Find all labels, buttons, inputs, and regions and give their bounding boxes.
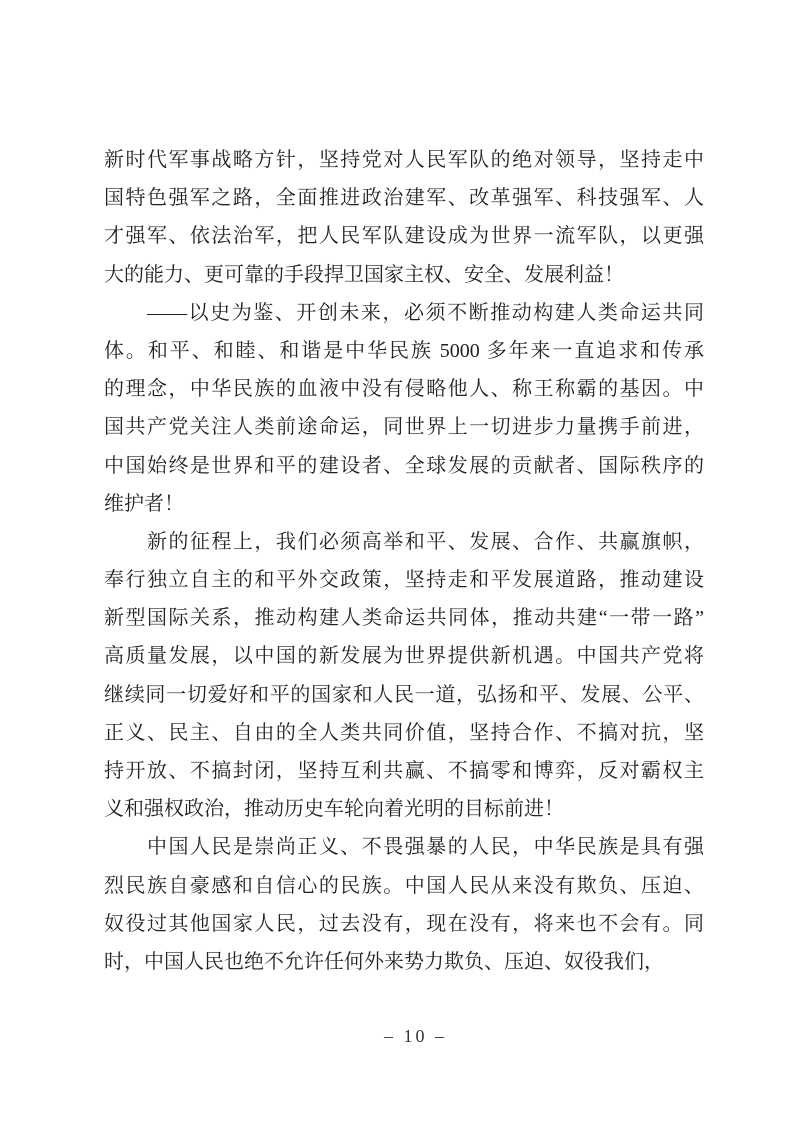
- document-page: 新时代军事战略方针，坚持党对人民军队的绝对领导，坚持走中 国特色强军之路，全面推…: [0, 0, 793, 1122]
- text-line: 高质量发展，以中国的新发展为世界提供新机遇。中国共产党将: [104, 637, 704, 675]
- text-line: ——以史为鉴、开创未来，必须不断推动构建人类命运共同: [104, 294, 704, 332]
- text-line: 奴役过其他国家人民，过去没有，现在没有，将来也不会有。同: [104, 905, 704, 943]
- text-line: 义和强权政治，推动历史车轮向着光明的目标前进！: [104, 790, 704, 828]
- paragraph: ——以史为鉴、开创未来，必须不断推动构建人类命运共同 体。和平、和睦、和谐是中华…: [104, 294, 704, 523]
- text-line: 新型国际关系，推动构建人类命运共同体，推动共建“一带一路”: [104, 599, 704, 637]
- paragraph: 中国人民是崇尚正义、不畏强暴的人民，中华民族是具有强 烈民族自豪感和自信心的民族…: [104, 828, 704, 981]
- text-line: 国共产党关注人类前途命运，同世界上一切进步力量携手前进，: [104, 408, 704, 446]
- text-line: 中国始终是世界和平的建设者、全球发展的贡献者、国际秩序的: [104, 447, 704, 485]
- text-line: 奉行独立自主的和平外交政策，坚持走和平发展道路，推动建设: [104, 561, 704, 599]
- text-line: 时，中国人民也绝不允许任何外来势力欺负、压迫、奴役我们，: [104, 943, 704, 981]
- text-line: 新时代军事战略方针，坚持党对人民军队的绝对领导，坚持走中: [104, 141, 704, 179]
- text-line: 正义、民主、自由的全人类共同价值，坚持合作、不搞对抗，坚: [104, 714, 704, 752]
- body-text: 新时代军事战略方针，坚持党对人民军队的绝对领导，坚持走中 国特色强军之路，全面推…: [104, 141, 704, 981]
- text-line: 才强军、依法治军，把人民军队建设成为世界一流军队，以更强: [104, 217, 704, 255]
- text-line: 烈民族自豪感和自信心的民族。中国人民从来没有欺负、压迫、: [104, 867, 704, 905]
- text-line: 的理念，中华民族的血液中没有侵略他人、称王称霸的基因。中: [104, 370, 704, 408]
- text-line: 继续同一切爱好和平的国家和人民一道，弘扬和平、发展、公平、: [104, 676, 704, 714]
- text-line: 维护者！: [104, 485, 704, 523]
- text-line: 大的能力、更可靠的手段捍卫国家主权、安全、发展利益！: [104, 256, 704, 294]
- text-line: 新的征程上，我们必须高举和平、发展、合作、共赢旗帜，: [104, 523, 704, 561]
- paragraph: 新的征程上，我们必须高举和平、发展、合作、共赢旗帜， 奉行独立自主的和平外交政策…: [104, 523, 704, 829]
- text-line: 持开放、不搞封闭，坚持互利共赢、不搞零和博弈，反对霸权主: [104, 752, 704, 790]
- text-line: 中国人民是崇尚正义、不畏强暴的人民，中华民族是具有强: [104, 828, 704, 866]
- page-number: – 10 –: [0, 1026, 793, 1047]
- text-line: 体。和平、和睦、和谐是中华民族 5000 多年来一直追求和传承: [104, 332, 704, 370]
- paragraph: 新时代军事战略方针，坚持党对人民军队的绝对领导，坚持走中 国特色强军之路，全面推…: [104, 141, 704, 294]
- text-line: 国特色强军之路，全面推进政治建军、改革强军、科技强军、人: [104, 179, 704, 217]
